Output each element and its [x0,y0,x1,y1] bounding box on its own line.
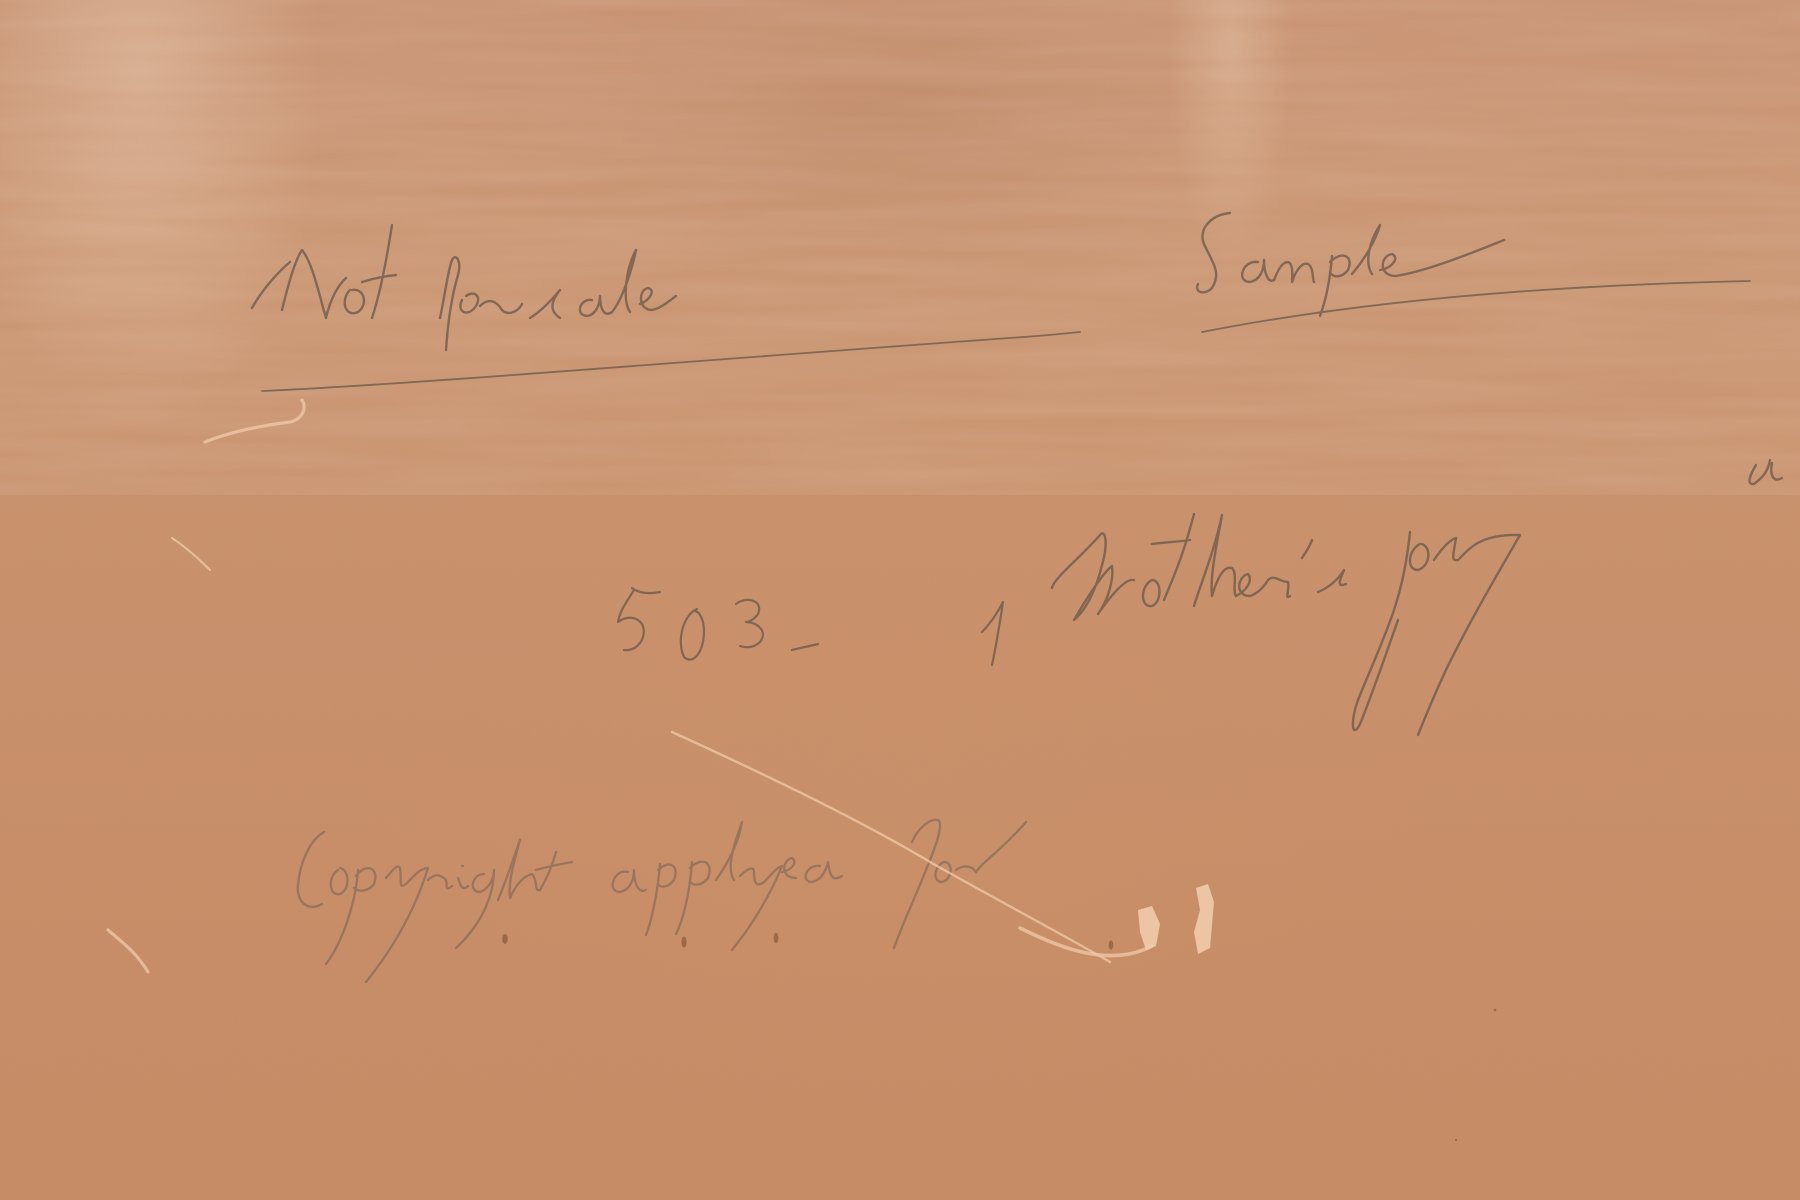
inscription-not-for-sale [252,225,1080,391]
surface-gouges [1138,884,1214,954]
inscription-catalog-number [618,588,818,660]
brown-specks [502,933,1496,1141]
mount-board-back: Not for sale Sample 503- 1 "Mother's joy… [0,0,1800,1200]
inscription-item-number [982,602,1003,665]
pencil-inscriptions [0,0,1800,1200]
inscription-sample [1197,213,1750,332]
inscription-copyright-note [298,820,1026,982]
inscription-title [1052,460,1782,735]
